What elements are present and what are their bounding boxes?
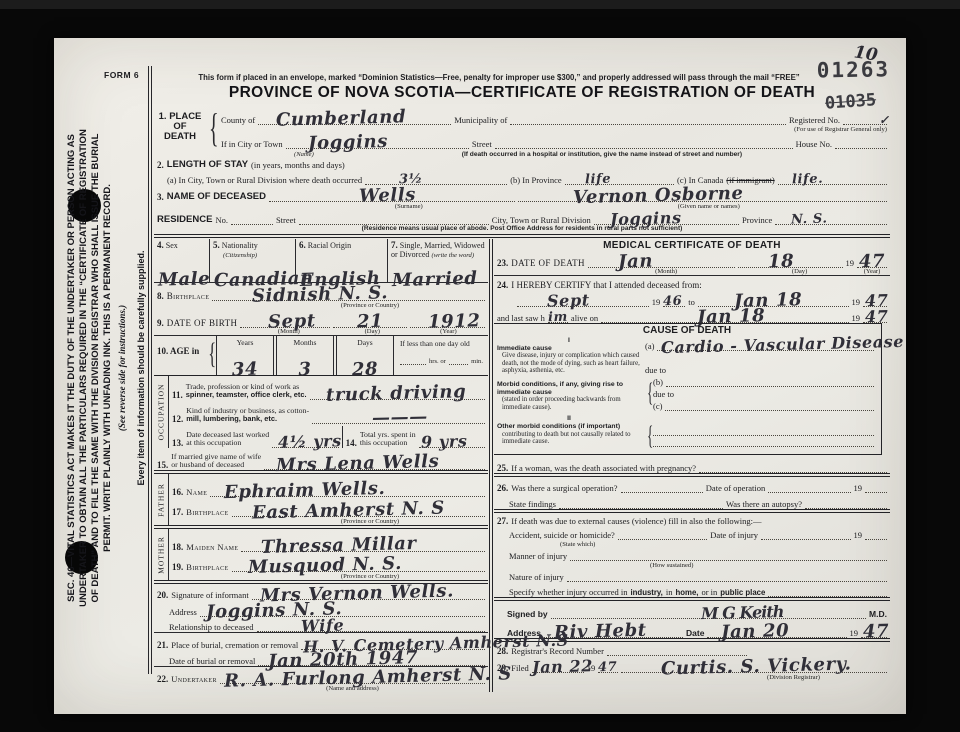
field-undertaker: 22. Undertaker R. A. Furlong Amherst N. …: [154, 667, 488, 692]
q26-autopsy-label: Was there an autopsy?: [726, 499, 802, 509]
field-mother-name: 18. Maiden Name Thressa Millar: [169, 529, 488, 552]
undertaker-line: R. A. Furlong Amherst N. S: [220, 673, 485, 684]
personal-column: 4. Sex Male 5. Nationality (Citizenship)…: [154, 239, 488, 692]
section-residence: RESIDENCE No. Street City, Town or Rural…: [154, 210, 890, 234]
cause-bc-group: { (b) due to: [645, 375, 877, 411]
undertaker-no: 22.: [157, 674, 168, 684]
cause-b-label: (b): [653, 377, 663, 387]
sex-label: Sex: [166, 241, 178, 250]
place-no: 1.: [159, 111, 167, 122]
signed-date-label: Date: [686, 628, 704, 638]
certificate-paper: 10 SEC. 46—VITAL STATISTICS ACT MAKES IT…: [54, 38, 906, 714]
signed-year-prefix: 19: [850, 628, 859, 638]
other-body: contributing to death but not causally r…: [497, 431, 641, 446]
municipality-line: [510, 114, 786, 125]
registrar-signature-line: Curtis. S. Vickery.: [621, 662, 887, 673]
residence-note: (Residence means usual place of abode. P…: [154, 225, 890, 234]
last-saw-year-line: 47: [863, 312, 887, 323]
residence-no-line: [231, 214, 273, 225]
father-birthplace-no: 17.: [172, 507, 183, 517]
registrar-general-note: (For use of Registrar General only): [794, 126, 887, 133]
field-mother-birthplace: 19. Birthplace Musquod N. S.: [169, 552, 488, 572]
residence-city-label: City, Town or Rural Division: [492, 215, 591, 225]
given-name-line: Vernon Osborne: [518, 191, 887, 202]
stay-c-line: life.: [778, 174, 887, 185]
nationality-label: Nationality: [222, 241, 258, 250]
section-name-of-deceased: 3. NAME OF DECEASED Wells Vernon Osborne…: [154, 185, 890, 210]
nationality-no: 5.: [213, 240, 220, 250]
field-sex: 4. Sex Male: [154, 239, 210, 282]
last-worked-line: 4½ yrs: [272, 437, 338, 448]
certificate-title: PROVINCE OF NOVA SCOTIA—CERTIFICATE OF R…: [154, 84, 890, 104]
stay-b-value: life: [584, 172, 611, 188]
city-value: Joggins: [307, 131, 387, 154]
medical-title: MEDICAL CERTIFICATE OF DEATH: [494, 239, 890, 252]
q26-date-line: [768, 482, 850, 493]
brace: {: [208, 336, 214, 375]
from-year-line: 46: [663, 296, 685, 307]
father-birthplace-label: Birthplace: [186, 507, 228, 517]
signed-date-line: Jan 20: [707, 627, 846, 638]
field-age: 10. AGE in { Years 34 Months 3 Days 28: [154, 336, 488, 376]
father-group: FATHER 16. Name Ephraim Wells. 17. Birth…: [154, 474, 488, 525]
residence-province-label: Province: [742, 215, 772, 225]
age-years-value: 34: [232, 359, 259, 381]
age-hrs-label: hrs. or: [429, 358, 446, 365]
city-line: Joggins: [286, 138, 469, 149]
age-years-cell: Years 34: [216, 336, 274, 375]
last-saw-line: Jan 18: [601, 312, 848, 323]
morbid-body: (stated in order proceeding backwards fr…: [497, 396, 641, 411]
informant-label: Signature of informant: [171, 590, 248, 600]
column-divider: [489, 239, 493, 692]
field-nationality: 5. Nationality (Citizenship) Canadian: [210, 239, 296, 282]
filed-year-line: 47: [598, 662, 618, 673]
q26-autopsy-line: [805, 498, 887, 509]
stay-a-line: 3½: [365, 174, 507, 185]
informant-relationship-line: Wife: [257, 621, 485, 632]
last-saw-year-prefix: 19: [852, 313, 861, 323]
burial-no: 21.: [157, 640, 168, 650]
stay-label: LENGTH OF STAY: [167, 159, 248, 170]
stay-b-label: (b) In Province: [510, 175, 561, 185]
q26-year-line: [865, 482, 887, 493]
burial-date-label: Date of burial or removal: [157, 656, 255, 666]
field-burial: 21. Place of burial, cremation or remova…: [154, 633, 488, 667]
cause-of-death-box: CAUSE OF DEATH I Immediate cause Give di…: [494, 323, 882, 455]
other-line-2: [653, 436, 874, 447]
trade-no: 11.: [172, 390, 183, 400]
q27-date-injury-label: Date of injury: [710, 530, 758, 540]
sex-no: 4.: [157, 240, 164, 250]
birthplace-line: Sidnish N. S.: [212, 290, 485, 301]
age-label: AGE in: [170, 346, 199, 356]
undertaker-label: Undertaker: [171, 674, 217, 684]
name-no: 3.: [157, 192, 164, 202]
q27-how-sustained-note: (How sustained): [650, 562, 693, 569]
certify-label: I HEREBY CERTIFY that I attended decease…: [511, 280, 702, 290]
age-small-label: If less than one day old: [400, 339, 470, 348]
father-name-label: Name: [186, 487, 207, 497]
father-side-label: FATHER: [154, 474, 169, 525]
dod-day-value: 18: [767, 251, 794, 273]
mail-note: This form if placed in an envelope, mark…: [154, 73, 804, 82]
other-head: Other morbid conditions (if important): [497, 423, 641, 431]
county-label: County of: [221, 115, 255, 125]
field-certify: 24. I HEREBY CERTIFY that I attended dec…: [494, 276, 890, 323]
q26-no: 26.: [497, 483, 508, 493]
age-min-line: [449, 354, 468, 365]
filed-date-value: Jan 22: [531, 656, 592, 677]
mother-birthplace-line: Musquod N. S.: [232, 561, 485, 572]
medical-column: MEDICAL CERTIFICATE OF DEATH 23. DATE OF…: [494, 239, 890, 692]
immediate-cause-head: Immediate cause: [497, 345, 641, 353]
form-body: This form if placed in an envelope, mark…: [154, 56, 890, 692]
dob-month-line: Sept: [240, 317, 329, 328]
stay-c-value: life.: [791, 172, 823, 188]
q26-findings-label: State findings: [497, 499, 556, 509]
other-line-1: [653, 425, 874, 436]
nationality-note: (Citizenship): [213, 252, 257, 259]
cause-notes: I Immediate cause Give disease, injury o…: [497, 337, 645, 451]
cause-c-label: (c): [653, 401, 662, 411]
dod-year-line: 47: [857, 257, 887, 268]
county-line: Cumberland: [258, 114, 451, 125]
from-year-prefix: 19: [652, 297, 661, 307]
occupation-group: OCCUPATION 11. Trade, profession or kind…: [154, 376, 488, 448]
informant-relationship-label: Relationship to deceased: [157, 622, 254, 632]
field-date-of-birth: 9. DATE OF BIRTH Sept 21 1912: [154, 309, 488, 328]
dod-label: DATE OF DEATH: [511, 258, 585, 268]
md-label: M.D.: [869, 609, 887, 619]
age-months-value: 3: [298, 359, 312, 380]
registered-no-line: ✓: [843, 114, 887, 125]
age-months-cell: Months 3: [276, 336, 334, 375]
section-place-of-death: 1. PLACE OF DEATH { County of Cumberland…: [154, 108, 890, 158]
q27-accident-label: Accident, suicide or homicide?: [497, 530, 615, 540]
q26-label: Was there a surgical operation?: [511, 483, 617, 493]
q27-manner-line: [570, 550, 887, 561]
sex-value: Male: [158, 275, 210, 285]
immediate-cause-body: Give disease, injury or complication whi…: [497, 352, 641, 375]
spouse-value: Mrs Lena Wells: [276, 451, 440, 476]
cause-a-label: (a): [645, 341, 654, 351]
spouse-no: 15.: [157, 460, 168, 470]
occupation-side-label: OCCUPATION: [154, 376, 169, 448]
signed-date-value: Jan 20: [721, 620, 790, 643]
last-worked-value: 4½ yrs: [278, 431, 342, 452]
field-date-of-death: 23. DATE OF DEATH Jan 18 19 47: [494, 252, 890, 268]
signed-by-label: Signed by: [497, 609, 548, 619]
q27-specify-label: Specify whether injury occurred in: [497, 587, 628, 597]
residence-no-label: No.: [215, 215, 228, 225]
given-name-value: Vernon Osborne: [573, 183, 744, 208]
age-min-label: min.: [471, 358, 483, 365]
signed-by-line: M G Keith: [551, 608, 866, 619]
field-spouse: 15. If married give name of wifeor husba…: [154, 448, 488, 470]
q27-manner-label: Manner of injury: [497, 551, 567, 561]
morbid-head: Morbid conditions, if any, giving rise t…: [497, 381, 641, 396]
signed-year-value: 47: [863, 621, 890, 643]
q26-findings-line: [559, 498, 723, 509]
father-name-line: Ephraim Wells.: [210, 486, 485, 497]
vertical-divider: [148, 66, 152, 674]
municipality-label: Municipality of: [454, 115, 507, 125]
to-year-prefix: 19: [852, 297, 861, 307]
total-years-line: 9 yrs: [419, 437, 485, 448]
industry-no: 12.: [172, 414, 183, 424]
physician-address-line: Riv Hebt: [544, 627, 683, 638]
q26-year-prefix: 19: [854, 483, 863, 493]
status-value: Married: [392, 274, 478, 285]
dod-day-line: 18: [738, 257, 843, 268]
age-days-value: 28: [352, 359, 379, 381]
residence-label: RESIDENCE: [157, 214, 212, 225]
to-label: to: [688, 297, 695, 307]
mother-name-no: 18.: [172, 542, 183, 552]
cause-i-label: I: [497, 337, 641, 345]
q27-specify-or-in: or in: [701, 587, 717, 597]
crossed-serial-value: 01035: [824, 90, 876, 114]
age-days-label: Days: [357, 338, 372, 347]
street-label: Street: [472, 139, 492, 149]
q25-no: 25.: [497, 463, 508, 473]
due-to-1: due to: [645, 365, 666, 375]
county-value: Cumberland: [276, 106, 407, 130]
field-physician-address: Address Riv Hebt Date Jan 20 19 47: [494, 619, 890, 638]
signed-year-line: 47: [861, 627, 887, 638]
q27-label: If death was due to external causes (vio…: [511, 516, 761, 526]
residence-province-line: N. S.: [775, 214, 887, 225]
father-birthplace-line: East Amherst N. S: [232, 506, 485, 517]
last-saw-label-1: and last saw h: [497, 313, 545, 323]
q27-specify-line: [768, 586, 887, 597]
dob-day-line: 21: [333, 317, 408, 328]
status-no: 7.: [391, 240, 398, 250]
q26-op-line: [621, 482, 703, 493]
industry-line: ———: [312, 413, 485, 424]
q25-line: [699, 462, 887, 473]
birthplace-value: Sidnish N. S.: [252, 282, 389, 307]
q27-state-which-note: (State which): [560, 541, 595, 548]
stay-no: 2.: [157, 160, 164, 170]
q27-specify-in: in: [666, 587, 673, 597]
serial-number-stamp: 01263: [804, 57, 890, 82]
house-no-line: [835, 138, 887, 149]
q27-specify-public-place: public place: [720, 588, 765, 597]
dob-day-value: 21: [357, 311, 384, 333]
q27-nature-label: Nature of injury: [497, 572, 564, 582]
section-length-of-stay: 2. LENGTH OF STAY (in years, months and …: [154, 158, 890, 185]
physician-address-value: Riv Hebt: [554, 620, 647, 643]
check-mark-icon: ✓: [879, 113, 890, 127]
q27-year-prefix: 19: [854, 530, 863, 540]
age-hours-cell: If less than one day old hrs. or min.: [396, 336, 488, 375]
stay-a-label: (a) In City, Town or Rural Division wher…: [157, 175, 362, 185]
last-worked-label-2: at this occupation: [186, 439, 269, 448]
dod-month-line: Jan: [588, 257, 735, 268]
mother-group: MOTHER 18. Maiden Name Thressa Millar 19…: [154, 529, 488, 580]
burial-label: Place of burial, cremation or removal: [171, 640, 298, 650]
origin-label: Racial Origin: [308, 241, 351, 250]
dob-year-value: 1912: [428, 310, 481, 332]
q27-year-line: [865, 529, 887, 540]
mother-birthplace-no: 19.: [172, 562, 183, 572]
brace: {: [647, 378, 651, 408]
trade-line: truck driving: [310, 389, 485, 400]
dod-day-note: (Day): [745, 268, 854, 275]
dod-no: 23.: [497, 258, 508, 268]
field-operation: 26. Was there a surgical operation? Date…: [494, 477, 890, 509]
due-to-2: due to: [653, 389, 674, 399]
last-saw-fill-line: im: [548, 312, 568, 323]
q26-date-label: Date of operation: [706, 483, 765, 493]
registered-no-label: Registered No.: [789, 115, 840, 125]
stay-label-note: (in years, months and days): [251, 160, 345, 170]
industry-label-2: mill, lumbering, bank, etc.: [186, 415, 309, 424]
q27-accident-line: [618, 529, 708, 540]
field-marital-status: 7. Single, Married, Widowed or Divorced …: [388, 239, 488, 282]
residence-province-value: N. S.: [791, 212, 828, 228]
q27-nature-line: [567, 571, 887, 582]
field-filed: 29. Filed Jan 22 19 47 Curtis. S. Vicker…: [494, 656, 890, 673]
residence-street-label: Street: [276, 215, 296, 225]
spouse-line: Mrs Lena Wells: [264, 459, 485, 470]
residence-street-line: [299, 214, 489, 225]
margin-supply-note: Every item of information should be care…: [136, 128, 146, 608]
attended-from-value: Sept: [547, 290, 590, 310]
informant-relationship-value: Wife: [300, 615, 344, 635]
status-note: (write the word): [431, 252, 474, 259]
residence-city-line: Joggins: [594, 214, 739, 225]
brace: {: [647, 421, 651, 451]
mother-birthplace-label: Birthplace: [186, 562, 228, 572]
q25-label: If a woman, was the death associated wit…: [511, 463, 696, 473]
dod-month-note: (Month): [590, 268, 742, 275]
surname-line: Wells: [269, 191, 515, 202]
q27-specify-industry: industry,: [631, 588, 663, 597]
age-years-label: Years: [237, 338, 254, 347]
birthplace-label: Birthplace: [167, 291, 210, 301]
certify-no: 24.: [497, 280, 508, 290]
cause-other-group: {: [645, 421, 877, 451]
informant-line: Mrs Vernon Wells.: [252, 589, 485, 600]
dod-month-value: Jan: [618, 251, 654, 273]
age-no: 10.: [157, 346, 168, 356]
field-racial-origin: 6. Racial Origin English: [296, 239, 388, 282]
row-4-7: 4. Sex Male 5. Nationality (Citizenship)…: [154, 239, 488, 283]
last-worked-no: 13.: [172, 438, 183, 448]
crossed-serial: 01035: [824, 90, 876, 114]
mother-birthplace-value: Musquod N. S.: [247, 553, 401, 578]
age-months-label: Months: [294, 338, 317, 347]
birthplace-no: 8.: [157, 291, 164, 301]
cause-a-line: Cardio - Vascular Disease: [657, 340, 874, 351]
age-days-cell: Days 28: [336, 336, 394, 375]
section-divider: [154, 234, 890, 238]
q27-no: 27.: [497, 516, 508, 526]
field-father-name: 16. Name Ephraim Wells.: [169, 474, 488, 497]
cause-ii-label: II: [497, 415, 641, 423]
stay-b-line: life: [565, 174, 674, 185]
trade-label-2: spinner, teamster, office clerk, etc.: [186, 391, 307, 400]
margin-instructions: SEC. 46—VITAL STATISTICS ACT MAKES IT TH…: [66, 128, 128, 608]
dob-label: DATE OF BIRTH: [167, 318, 238, 328]
mother-name-label: Maiden Name: [186, 542, 238, 552]
total-years-value: 9 yrs: [420, 431, 467, 451]
record-line: [607, 645, 747, 656]
to-year-line: 47: [863, 296, 887, 307]
form-number-label: FORM 6: [104, 70, 139, 80]
scanned-death-certificate: 10 SEC. 46—VITAL STATISTICS ACT MAKES IT…: [0, 0, 960, 732]
dob-year-line: 1912: [410, 317, 485, 328]
mother-side-label: MOTHER: [154, 529, 169, 580]
dob-month-value: Sept: [268, 310, 316, 332]
filed-date-line: Jan 22: [532, 662, 584, 673]
last-saw-label-2: alive on: [571, 313, 598, 323]
mother-name-line: Thressa Millar: [241, 541, 485, 552]
place-label-3: DEATH: [164, 131, 196, 142]
q27-specify-home: home,: [675, 588, 698, 597]
street-line: [495, 138, 793, 149]
filed-label: Filed: [511, 663, 528, 673]
total-years-no: 14.: [346, 438, 357, 448]
see-reverse-note: (See reverse side for instructions.): [116, 128, 128, 608]
brace: {: [209, 108, 215, 158]
trade-value: truck driving: [325, 381, 466, 406]
q27-date-injury-line: [761, 529, 851, 540]
scanner-edge: [0, 0, 960, 9]
surname-value: Wells: [359, 184, 417, 206]
dob-no: 9.: [157, 318, 164, 328]
informant-no: 20.: [157, 590, 168, 600]
dod-year-prefix: 19: [846, 258, 855, 268]
sec46-text: SEC. 46—VITAL STATISTICS ACT MAKES IT TH…: [66, 129, 113, 607]
field-informant: 20. Signature of informant Mrs Vernon We…: [154, 584, 488, 633]
name-label: NAME OF DECEASED: [167, 191, 266, 202]
field-signed-by: Signed by M G Keith M.D.: [494, 601, 890, 619]
total-years-label-2: this occupation: [360, 439, 416, 448]
filed-year-value: 47: [598, 660, 618, 676]
spouse-label-2: or husband of deceased: [171, 461, 261, 470]
origin-no: 6.: [299, 240, 306, 250]
residence-city-value: Joggins: [610, 208, 682, 229]
attended-from-line: Sept: [517, 296, 649, 307]
father-name-no: 16.: [172, 487, 183, 497]
cause-b-line: [666, 376, 874, 387]
field-last-worked: 13. Date deceased last workedat this occ…: [169, 424, 488, 448]
hospital-note: (If death occurred in a hospital or inst…: [317, 151, 887, 158]
from-year-value: 46: [663, 294, 683, 310]
house-no-label: House No.: [796, 139, 832, 149]
field-trade: 11. Trade, profession or kind of work as…: [169, 376, 488, 400]
age-hrs-line: [400, 354, 426, 365]
industry-value: ———: [372, 406, 428, 428]
field-external-causes: 27. If death was due to external causes …: [494, 513, 890, 597]
informant-address-label: Address: [157, 607, 197, 617]
city-town-label: If in City or Town: [221, 139, 283, 149]
field-pregnancy: 25. If a woman, was the death associated…: [494, 455, 890, 473]
field-father-birthplace: 17. Birthplace East Amherst N. S: [169, 497, 488, 517]
dod-year-value: 47: [859, 251, 886, 273]
cause-c-line: [665, 400, 874, 411]
